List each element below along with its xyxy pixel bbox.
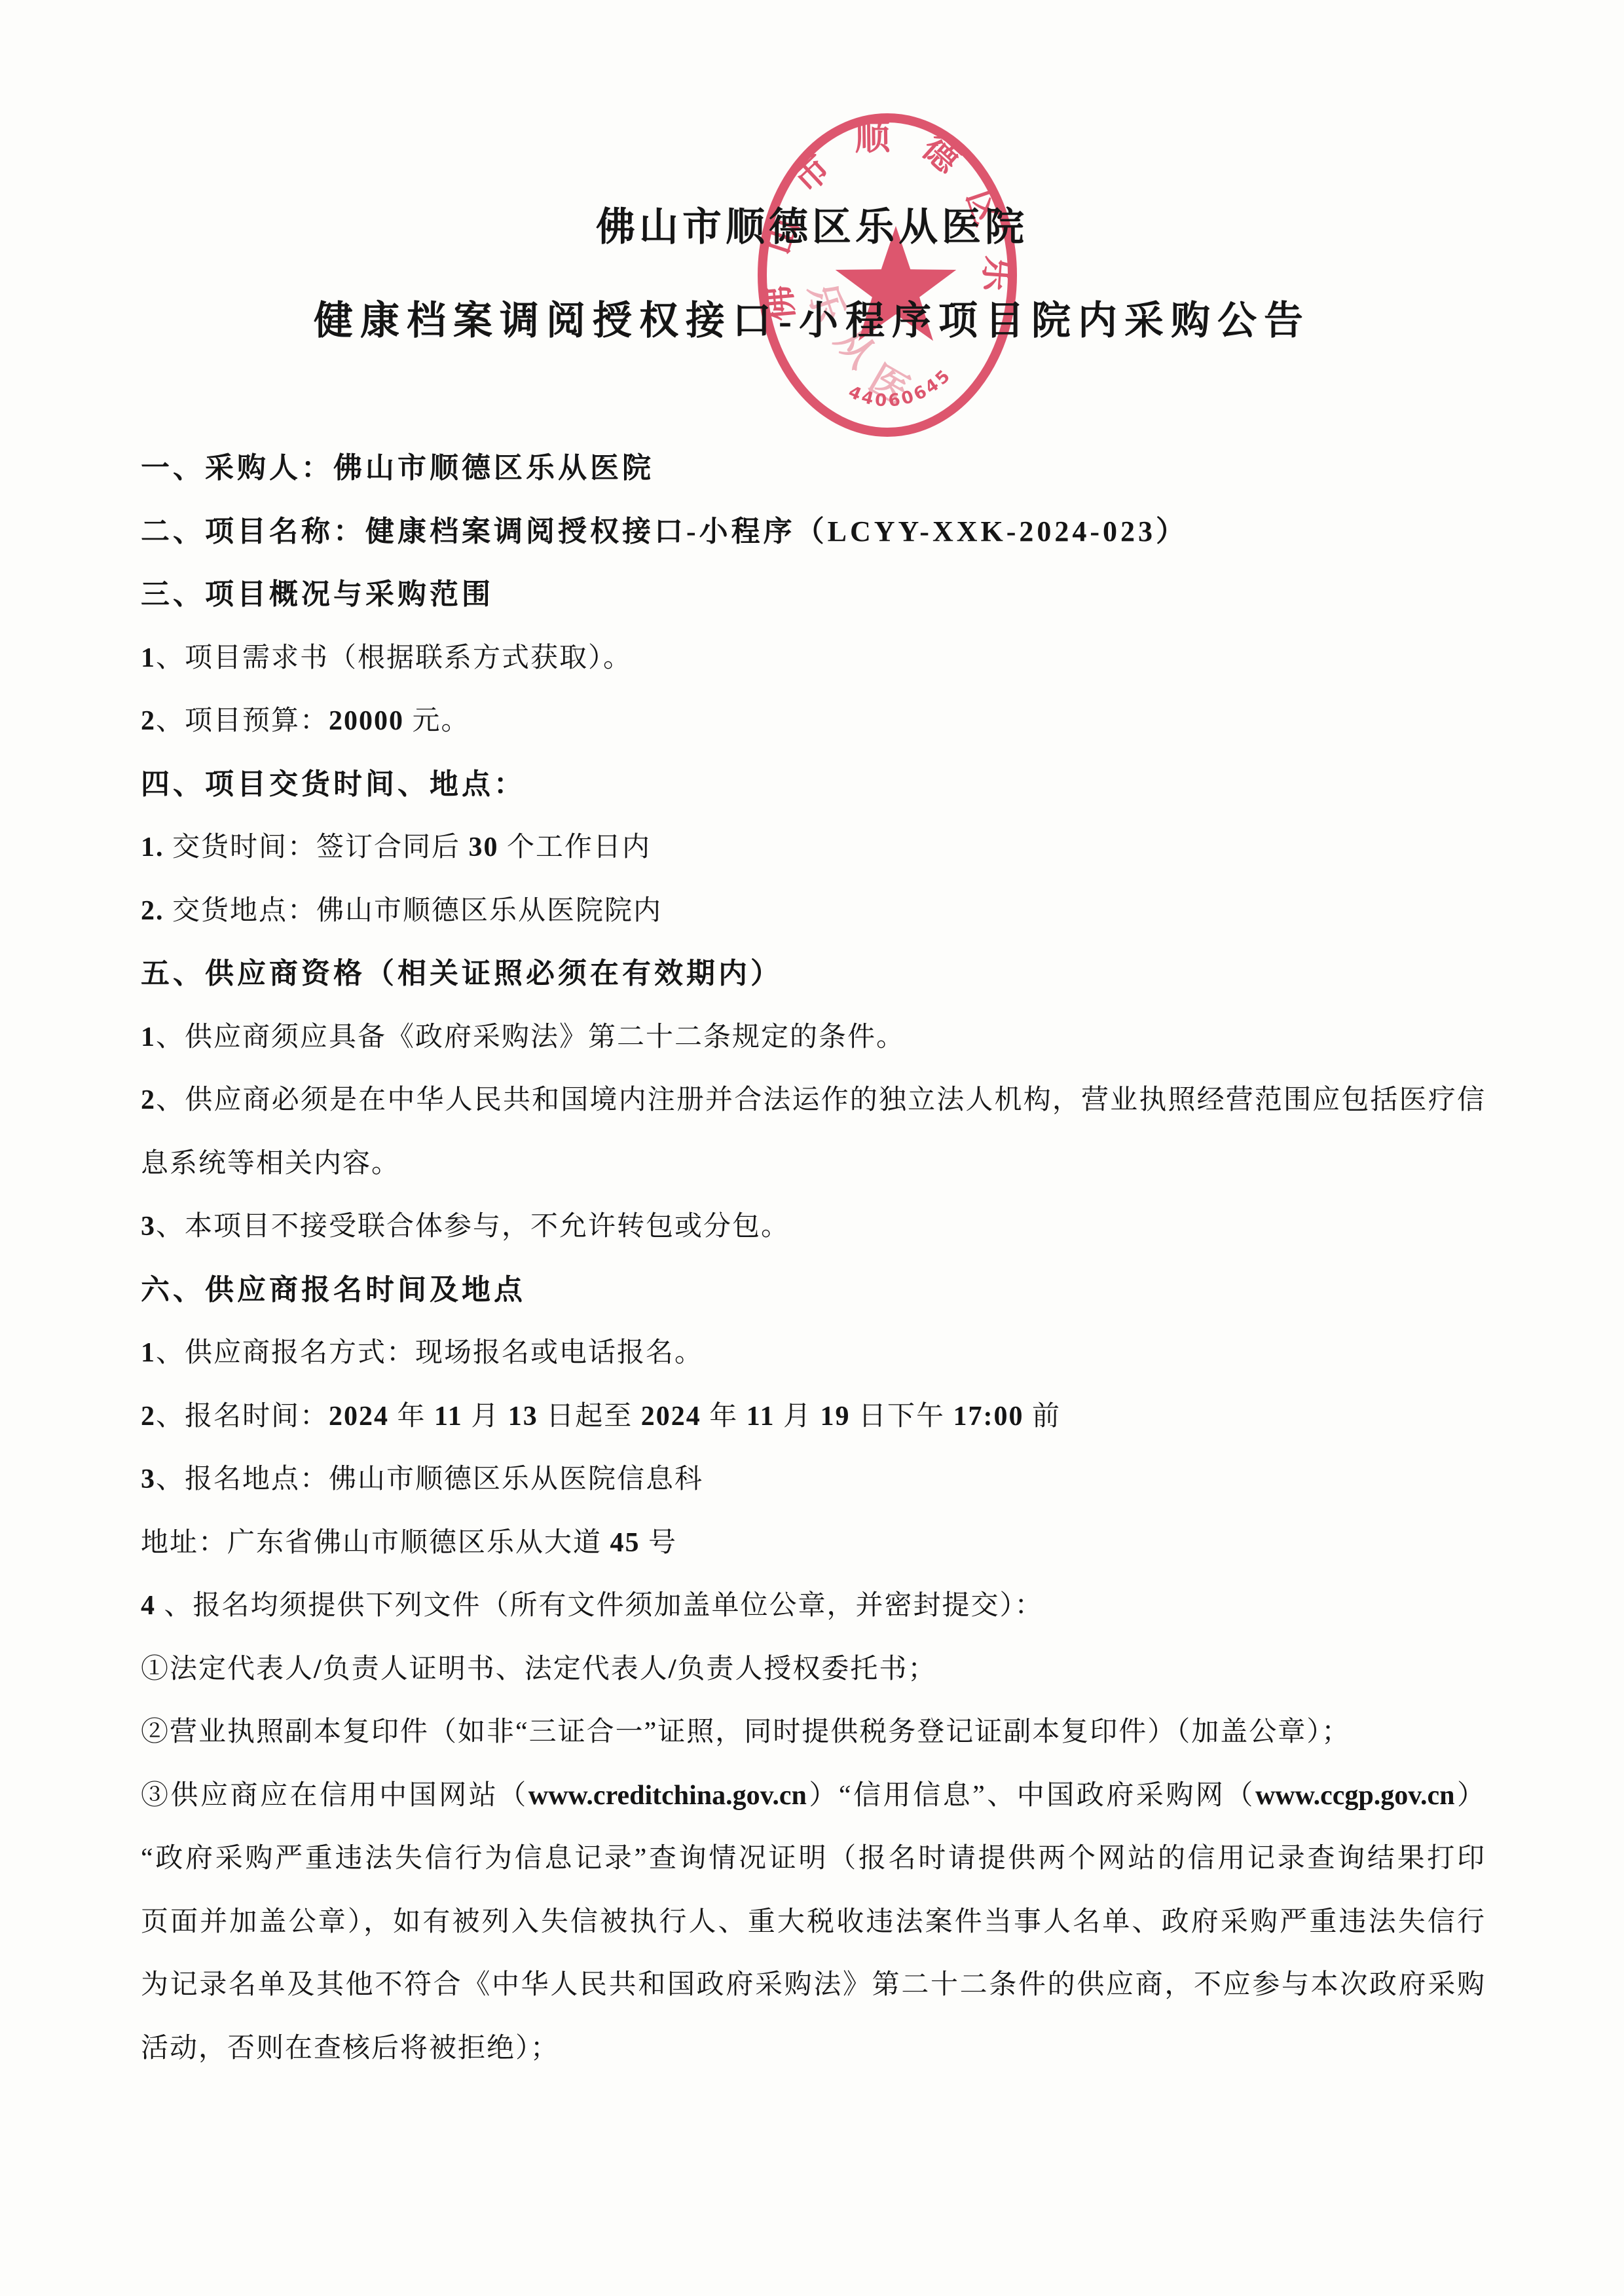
document-title-line1: 佛山市顺德区乐从医院 — [0, 204, 1624, 250]
doc-line: 四、项目交货时间、地点： — [141, 753, 1485, 817]
doc-line: 1、项目需求书（根据联系方式获取）。 — [141, 627, 1485, 690]
doc-line: 1. 交货时间：签订合同后 30 个工作日内 — [141, 816, 1485, 880]
seal-graphic: 佛山市顺德区乐从医院 4406064509031 乐 从 医 — [756, 113, 1018, 437]
doc-line: 六、供应商报名时间及地点 — [141, 1259, 1485, 1322]
document-title-line2: 健康档案调阅授权接口-小程序项目院内采购公告 — [0, 296, 1624, 346]
doc-line: ③供应商应在信用中国网站（www.creditchina.gov.cn）“信用信… — [141, 1764, 1485, 1828]
doc-line: 息系统等相关内容。 — [141, 1132, 1485, 1196]
doc-line: 1、供应商须应具备《政府采购法》第二十二条规定的条件。 — [141, 1006, 1485, 1069]
doc-line: “政府采购严重违法失信行为信息记录”查询情况证明（报名时请提供两个网站的信用记录… — [141, 1827, 1485, 1891]
doc-line: 地址：广东省佛山市顺德区乐从大道 45 号 — [141, 1511, 1485, 1575]
doc-line: 2、供应商必须是在中华人民共和国境内注册并合法运作的独立法人机构，营业执照经营范… — [141, 1069, 1485, 1132]
doc-line: 2、项目预算：20000 元。 — [141, 690, 1485, 753]
doc-line: ①法定代表人/负责人证明书、法定代表人/负责人授权委托书； — [141, 1638, 1485, 1701]
doc-line: 2. 交货地点：佛山市顺德区乐从医院院内 — [141, 880, 1485, 943]
doc-line: 三、项目概况与采购范围 — [141, 563, 1485, 627]
doc-line: 五、供应商资格（相关证照必须在有效期内） — [141, 942, 1485, 1006]
doc-line: 2、报名时间：2024 年 11 月 13 日起至 2024 年 11 月 19… — [141, 1385, 1485, 1449]
doc-line: 活动，否则在查核后将被拒绝）； — [141, 2017, 1485, 2081]
doc-line: 为记录名单及其他不符合《中华人民共和国政府采购法》第二十二条件的供应商，不应参与… — [141, 1953, 1485, 2017]
hospital-seal-stamp: 佛山市顺德区乐从医院 4406064509031 乐 从 医 — [756, 113, 1018, 437]
doc-line: 4 、报名均须提供下列文件（所有文件须加盖单位公章，并密封提交）： — [141, 1574, 1485, 1638]
doc-line: 一、采购人：佛山市顺德区乐从医院 — [141, 437, 1485, 500]
doc-line: 3、报名地点：佛山市顺德区乐从医院信息科 — [141, 1448, 1485, 1511]
doc-line: 3、本项目不接受联合体参与，不允许转包或分包。 — [141, 1195, 1485, 1259]
document-page: 佛山市顺德区乐从医院 4406064509031 乐 从 医 佛山市顺德区乐从医… — [0, 0, 1624, 2296]
doc-line: 页面并加盖公章），如有被列入失信被执行人、重大税收违法案件当事人名单、政府采购严… — [141, 1891, 1485, 1954]
doc-line: 二、项目名称：健康档案调阅授权接口-小程序（LCYY-XXK-2024-023） — [141, 500, 1485, 564]
document-body: 一、采购人：佛山市顺德区乐从医院二、项目名称：健康档案调阅授权接口-小程序（LC… — [141, 437, 1485, 2080]
doc-line: ②营业执照副本复印件（如非“三证合一”证照，同时提供税务登记证副本复印件）（加盖… — [141, 1701, 1485, 1764]
doc-line: 1、供应商报名方式：现场报名或电话报名。 — [141, 1322, 1485, 1385]
